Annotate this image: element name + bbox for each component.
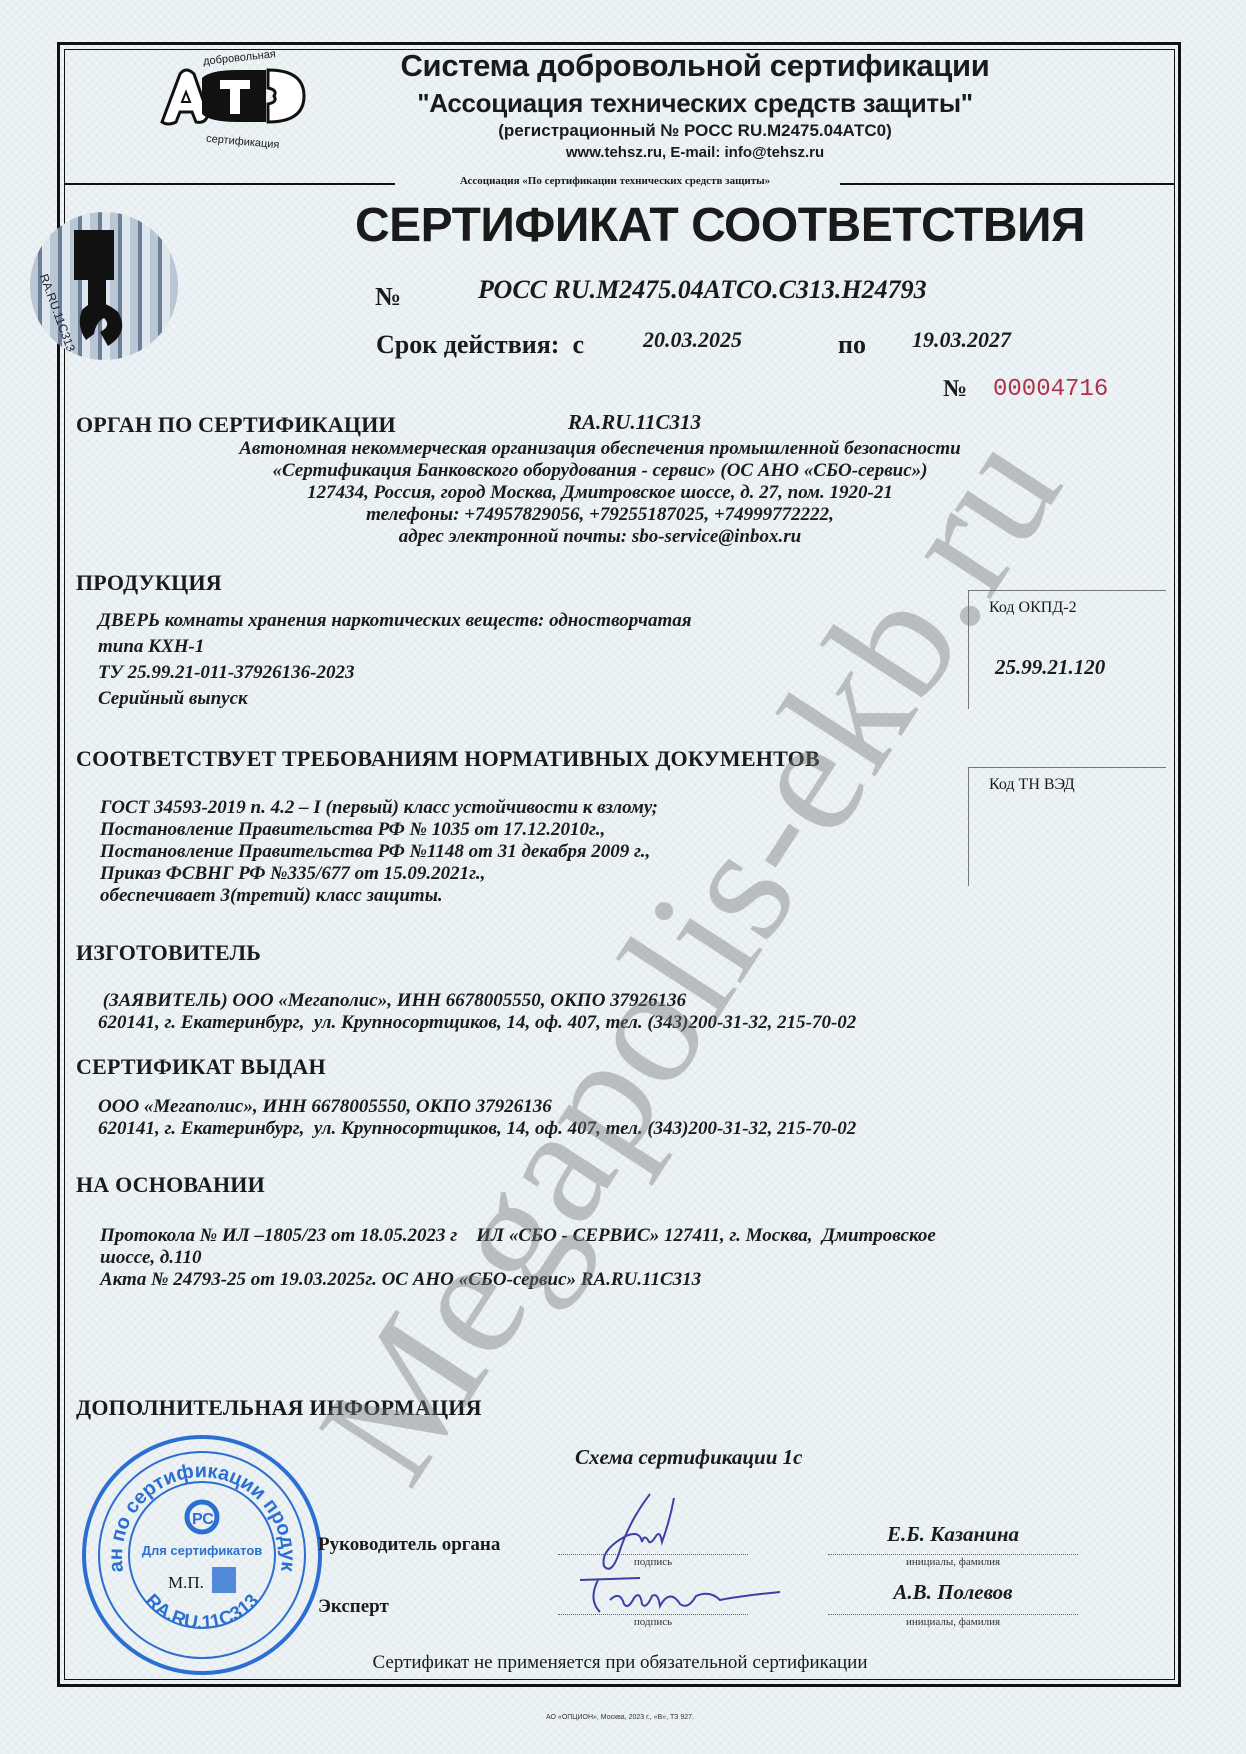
certification-body-code: RA.RU.11С313: [568, 410, 701, 435]
expert-name-caption: инициалы, фамилия: [828, 1616, 1078, 1628]
issued-to-line: 620141, г. Екатеринбург, ул. Крупносортщ…: [98, 1118, 856, 1140]
issued-to-details: ООО «Мегаполис», ИНН 6678005550, ОКПО 37…: [98, 1096, 856, 1140]
product-line: ДВЕРЬ комнаты хранения наркотических вещ…: [98, 608, 692, 634]
certificate-number: РОСС RU.M2475.04АТСО.С313.Н24793: [478, 275, 927, 305]
product-line: типа КХН-1: [98, 634, 692, 660]
footer-notice: Сертификат не применяется при обязательн…: [200, 1652, 1040, 1674]
basis-line: Протокола № ИЛ –1805/23 от 18.05.2023 г …: [100, 1225, 936, 1247]
issued-to-title: СЕРТИФИКАТ ВЫДАН: [76, 1054, 326, 1080]
header-rule-left: [65, 183, 395, 185]
manufacturer-title: ИЗГОТОВИТЕЛЬ: [76, 940, 261, 966]
tnved-code-box: Код ТН ВЭД: [968, 767, 1166, 886]
basis-details: Протокола № ИЛ –1805/23 от 18.05.2023 г …: [100, 1225, 936, 1291]
expert-signature-line: [558, 1614, 748, 1615]
product-line: ТУ 25.99.21-011-37926136-2023: [98, 660, 692, 686]
requirement-line: Постановление Правительства РФ № 1035 от…: [100, 819, 658, 841]
association-name: "Ассоциация технических средств защиты": [340, 88, 1050, 119]
head-name-caption: инициалы, фамилия: [828, 1556, 1078, 1568]
head-signature-caption: подпись: [558, 1556, 748, 1568]
serial-number-label: №: [943, 376, 967, 403]
expert-name-line: [828, 1614, 1078, 1615]
ats-logo: добровольная сертификация: [158, 52, 308, 152]
additional-info-title: ДОПОЛНИТЕЛЬНАЯ ИНФОРМАЦИЯ: [76, 1395, 482, 1421]
requirements-details: ГОСТ 34593-2019 п. 4.2 – I (первый) клас…: [100, 797, 658, 907]
requirement-line: обеспечивает 3(третий) класс защиты.: [100, 885, 658, 907]
printer-info: АО «ОПЦИОН», Москва, 2023 г., «В», ТЗ 92…: [420, 1714, 820, 1721]
head-name: Е.Б. Казанина: [828, 1522, 1078, 1547]
seal-label: М.П.: [168, 1573, 204, 1593]
valid-to-label: по: [838, 330, 866, 360]
seal-stamp-text: Орган по сертификации продукции * RA.RU.…: [82, 1435, 322, 1675]
serial-number: 00004716: [993, 376, 1108, 403]
certification-body-details: Автономная некоммерческая организация об…: [120, 438, 1080, 548]
expert-label: Эксперт: [318, 1596, 389, 1618]
head-signature-line: [558, 1554, 748, 1555]
requirement-line: Постановление Правительства РФ №1148 от …: [100, 841, 658, 863]
cb-line: «Сертификация Банковского оборудования -…: [120, 460, 1080, 482]
cb-line: Автономная некоммерческая организация об…: [120, 438, 1080, 460]
cb-line: телефоны: +74957829056, +79255187025, +7…: [120, 504, 1080, 526]
certification-scheme: Схема сертификации 1с: [575, 1445, 802, 1470]
header-rule-right: [840, 183, 1175, 185]
association-line: Ассоциация «По сертификации технических …: [395, 175, 835, 187]
certificate-title: СЕРТИФИКАТ СООТВЕТСТВИЯ: [320, 198, 1120, 253]
svg-text:РС: РС: [192, 1511, 214, 1528]
manufacturer-details: (ЗАЯВИТЕЛЬ) ООО «Мегаполис», ИНН 6678005…: [98, 990, 856, 1034]
head-label: Руководитель органа: [318, 1534, 500, 1556]
cb-line: 127434, Россия, город Москва, Дмитровско…: [120, 482, 1080, 504]
svg-text:Для сертификатов: Для сертификатов: [142, 1543, 263, 1558]
okpd-value: 25.99.21.120: [995, 655, 1105, 680]
basis-line: Акта № 24793-25 от 19.03.2025г. ОС АНО «…: [100, 1269, 936, 1291]
valid-from: 20.03.2025: [643, 327, 742, 353]
okpd-code-box: Код ОКПД-2 25.99.21.120: [968, 590, 1166, 709]
manufacturer-line: (ЗАЯВИТЕЛЬ) ООО «Мегаполис», ИНН 6678005…: [98, 990, 856, 1012]
expert-name: А.В. Полевов: [828, 1580, 1078, 1605]
validity-label: Срок действия: с: [376, 330, 584, 360]
requirement-line: Приказ ФСВНГ РФ №335/677 от 15.09.2021г.…: [100, 863, 658, 885]
ats-logo-icon: [158, 64, 308, 128]
contacts: www.tehsz.ru, E-mail: info@tehsz.ru: [340, 144, 1050, 161]
expert-signature: [570, 1570, 790, 1620]
basis-title: НА ОСНОВАНИИ: [76, 1172, 265, 1198]
requirement-line: ГОСТ 34593-2019 п. 4.2 – I (первый) клас…: [100, 797, 658, 819]
registration-number: (регистрационный № РОСС RU.M2475.04АТС0): [340, 121, 1050, 141]
manufacturer-line: 620141, г. Екатеринбург, ул. Крупносортщ…: [98, 1012, 856, 1034]
okpd-label: Код ОКПД-2: [989, 599, 1077, 617]
certificate-number-label: №: [375, 282, 401, 312]
basis-line: шоссе, д.110: [100, 1247, 936, 1269]
system-title: Система добровольной сертификации: [340, 48, 1050, 84]
product-title: ПРОДУКЦИЯ: [76, 570, 222, 596]
logo-bottom-caption: сертификация: [206, 133, 280, 151]
key-icon: [60, 222, 150, 352]
expert-signature-caption: подпись: [558, 1616, 748, 1628]
head-name-line: [828, 1554, 1078, 1555]
product-details: ДВЕРЬ комнаты хранения наркотических вещ…: [98, 608, 692, 712]
cb-line: адрес электронной почты: sbo-service@inb…: [120, 526, 1080, 548]
requirements-title: СООТВЕТСТВУЕТ ТРЕБОВАНИЯМ НОРМАТИВНЫХ ДО…: [76, 746, 820, 772]
hologram-sticker: RA.RU.11C313: [30, 212, 178, 360]
product-line: Серийный выпуск: [98, 686, 692, 712]
certification-body-title: ОРГАН ПО СЕРТИФИКАЦИИ: [76, 412, 396, 438]
issued-to-line: ООО «Мегаполис», ИНН 6678005550, ОКПО 37…: [98, 1096, 856, 1118]
valid-to: 19.03.2027: [912, 327, 1011, 353]
tnved-label: Код ТН ВЭД: [989, 776, 1075, 794]
